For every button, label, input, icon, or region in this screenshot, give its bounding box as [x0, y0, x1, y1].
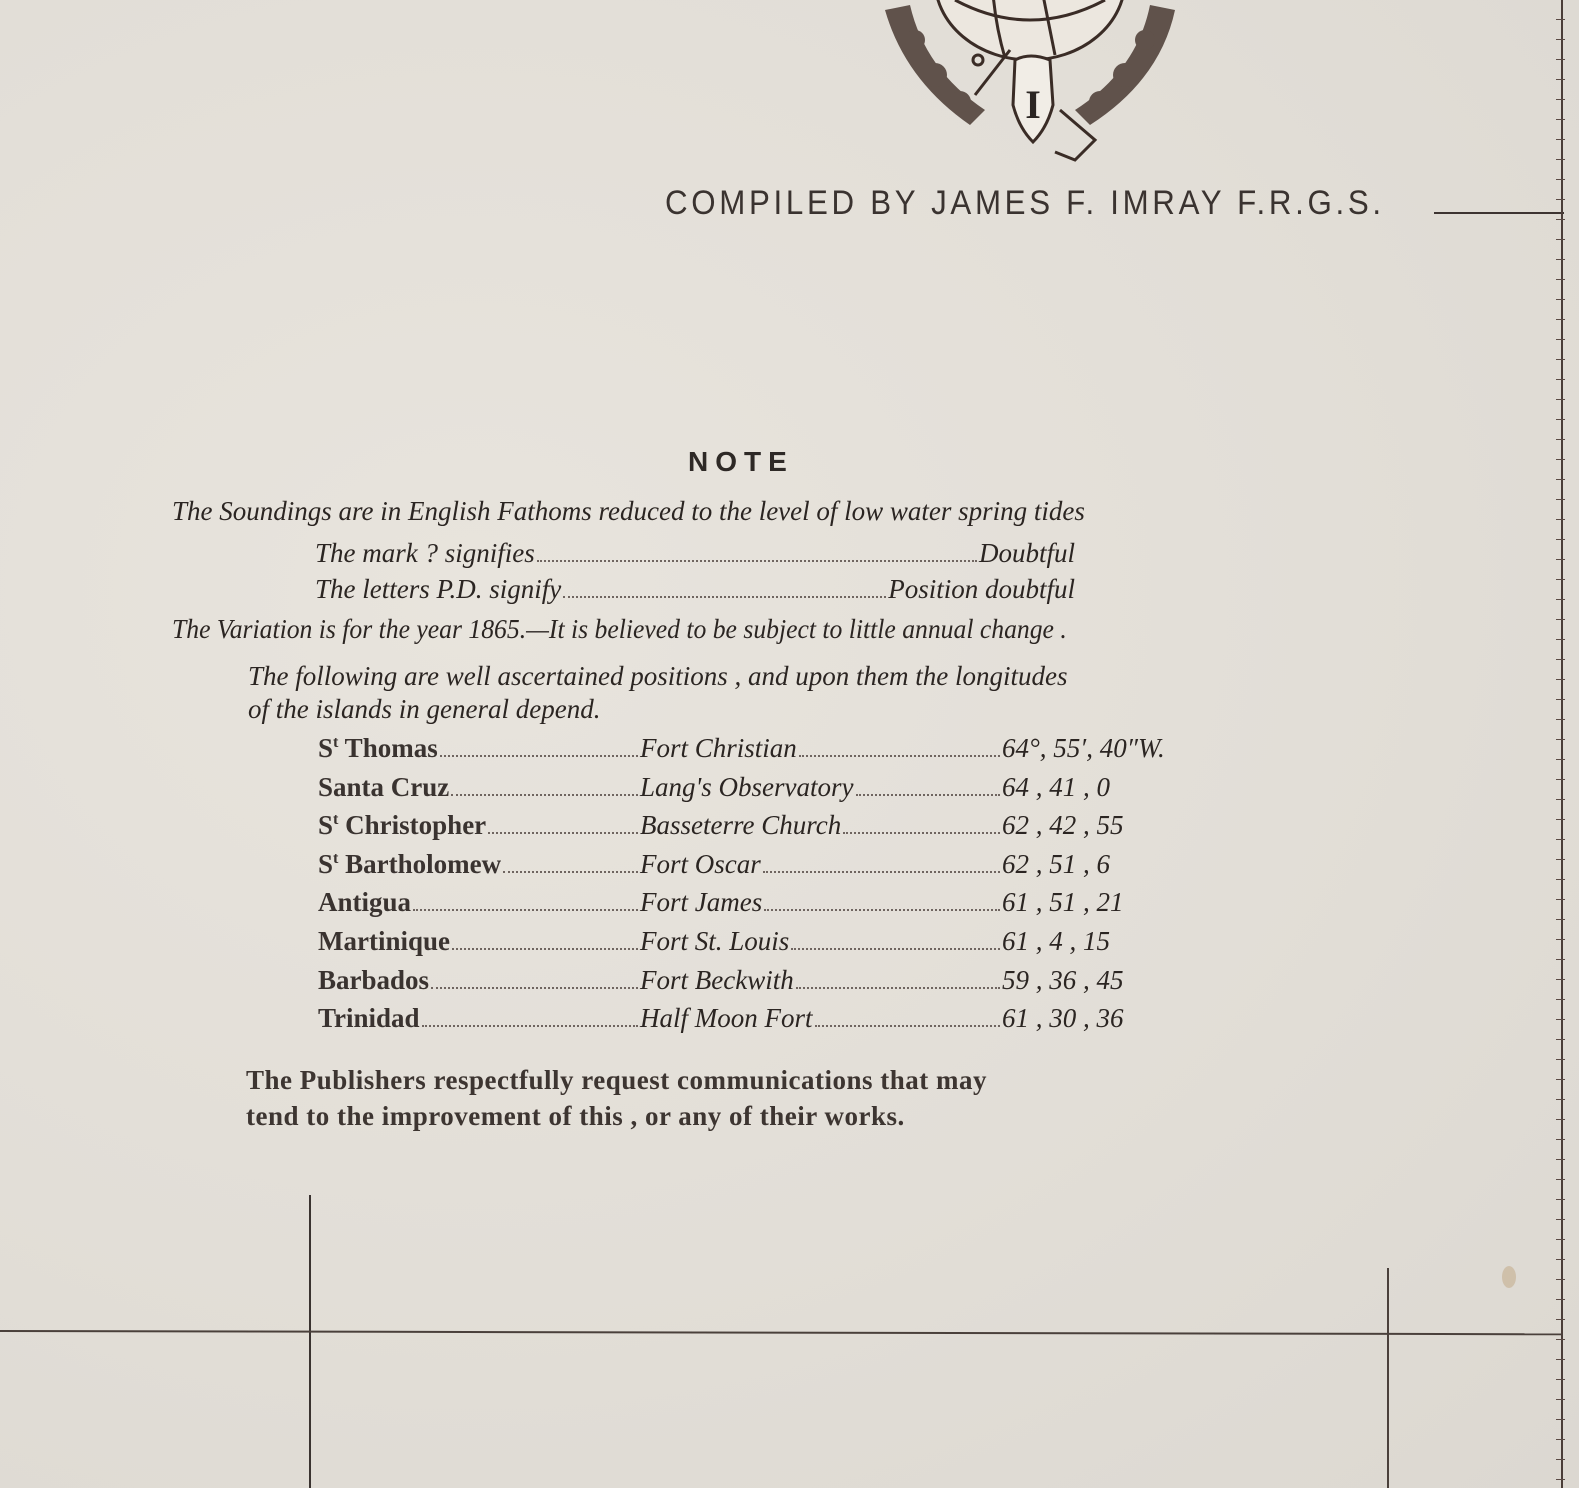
svg-text:I: I	[1025, 82, 1041, 127]
reference-place: Fort Christian	[640, 733, 797, 764]
table-row: Trinidad Half Moon Fort 61 , 30 , 36	[318, 1003, 1218, 1042]
mark-meaning: Position doubtful	[888, 574, 1075, 605]
table-row: St Bartholomew Fort Oscar 62 , 51 , 6	[318, 849, 1218, 888]
mark-label: The mark ? signifies	[315, 538, 535, 569]
longitude: 64°, 55′, 40″W.	[1002, 733, 1165, 764]
mark-label: The letters P.D. signify	[315, 574, 561, 605]
table-row: Barbados Fort Beckwith 59 , 36 , 45	[318, 965, 1218, 1004]
longitude: 62 , 42 , 55	[1002, 810, 1124, 841]
grid-line-horizontal	[0, 1330, 1563, 1335]
leader-dots	[563, 596, 886, 598]
table-row: Martinique Fort St. Louis 61 , 4 , 15	[318, 926, 1218, 965]
grid-line-vertical	[309, 1195, 311, 1488]
reference-place: Lang's Observatory	[640, 772, 854, 803]
longitude: 61 , 51 , 21	[1002, 887, 1124, 918]
longitude: 62 , 51 , 6	[1002, 849, 1110, 880]
island-name: St Christopher	[318, 810, 486, 841]
publisher-emblem: I	[875, 0, 1185, 170]
variation-note: The Variation is for the year 1865.—It i…	[172, 614, 1067, 645]
longitude: 64 , 41 , 0	[1002, 772, 1110, 803]
island-name: St Bartholomew	[318, 849, 501, 880]
island-name: Antigua	[318, 887, 411, 918]
island-name: Martinique	[318, 926, 450, 957]
globe-wreath-anchor-icon: I	[875, 0, 1185, 170]
table-row: Santa Cruz Lang's Observatory 64 , 41 , …	[318, 772, 1218, 811]
compiled-by-credit: COMPILED BY JAMES F. IMRAY F.R.G.S.	[665, 184, 1385, 223]
longitude: 61 , 4 , 15	[1002, 926, 1110, 957]
publishers-line2: tend to the improvement of this , or any…	[246, 1098, 987, 1134]
island-name: Trinidad	[318, 1003, 420, 1034]
publishers-line1: The Publishers respectfully request comm…	[246, 1062, 987, 1098]
positions-intro: The following are well ascertained posit…	[248, 660, 1067, 726]
island-name: Santa Cruz	[318, 772, 449, 803]
positions-intro-line1: The following are well ascertained posit…	[248, 660, 1067, 693]
reference-place: Fort St. Louis	[640, 926, 789, 957]
table-row: Antigua Fort James 61 , 51 , 21	[318, 887, 1218, 926]
soundings-note: The Soundings are in English Fathoms red…	[172, 496, 1085, 527]
reference-place: Fort James	[640, 887, 762, 918]
table-row: St Thomas Fort Christian 64°, 55′, 40″W.	[318, 733, 1218, 772]
grid-line-vertical	[1387, 1268, 1389, 1488]
reference-place: Fort Oscar	[640, 849, 761, 880]
mark-meaning: Doubtful	[979, 538, 1075, 569]
table-row: St Christopher Basseterre Church 62 , 42…	[318, 810, 1218, 849]
reference-place: Basseterre Church	[640, 810, 841, 841]
reference-place: Fort Beckwith	[640, 965, 794, 996]
longitude: 61 , 30 , 36	[1002, 1003, 1124, 1034]
island-name: Barbados	[318, 965, 429, 996]
scale-ticks	[1545, 0, 1565, 1488]
reference-place: Half Moon Fort	[640, 1003, 813, 1034]
island-name: St Thomas	[318, 733, 438, 764]
note-title: NOTE	[688, 446, 794, 478]
paper-stain	[1502, 1266, 1516, 1288]
publishers-request: The Publishers respectfully request comm…	[246, 1062, 987, 1134]
longitude: 59 , 36 , 45	[1002, 965, 1124, 996]
positions-intro-line2: of the islands in general depend.	[248, 693, 1067, 726]
mark-legend-row: The mark ? signifies Doubtful	[315, 538, 1075, 569]
leader-dots	[537, 560, 977, 562]
pd-legend-row: The letters P.D. signify Position doubtf…	[315, 574, 1075, 605]
positions-table: St Thomas Fort Christian 64°, 55′, 40″W.…	[318, 733, 1218, 1042]
